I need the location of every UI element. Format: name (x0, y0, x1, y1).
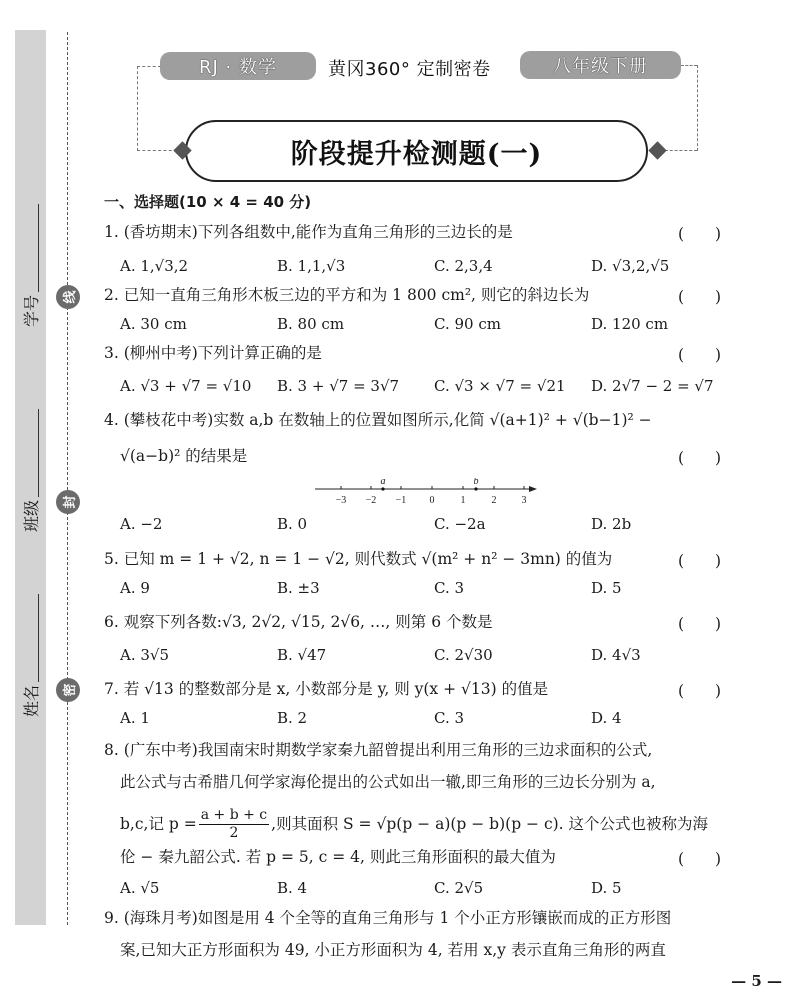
student-id-blank[interactable] (37, 203, 39, 291)
option-a[interactable]: A. −2 (120, 514, 162, 534)
answer-blank-6[interactable]: ( ) (678, 612, 721, 634)
diamond-right-icon (648, 141, 666, 159)
option-d[interactable]: D. 5 (591, 878, 622, 898)
formula-suffix: ,则其面积 S = √p(p − a)(p − b)(p − c). 这个公式也… (271, 814, 708, 834)
question-number: 8. (104, 741, 119, 759)
question-8-line2: 此公式与古希腊几何学家海伦提出的公式如出一辙,即三角形的三边长分别为 a, (120, 772, 730, 792)
question-7: 7. 若 √13 的整数部分是 x, 小数部分是 y, 则 y(x + √13)… (104, 679, 730, 699)
question-text: 观察下列各数:√3, 2√2, √15, 2√6, …, 则第 6 个数是 (124, 613, 493, 631)
option-a[interactable]: A. √3 + √7 = √10 (120, 376, 251, 396)
question-8-line3: b,c,记 p = a + b + c 2 ,则其面积 S = √p(p − a… (120, 806, 730, 842)
class-blank[interactable] (37, 408, 39, 496)
option-d[interactable]: D. 2b (591, 514, 631, 534)
question-9: 9. (海珠月考)如图是用 4 个全等的直角三角形与 1 个小正方形镶嵌而成的正… (104, 908, 730, 928)
option-c[interactable]: C. 3 (434, 578, 464, 598)
question-text: (香坊期末)下列各组数中,能作为直角三角形的三边长的是 (124, 223, 513, 241)
question-number: 4. (104, 411, 119, 429)
option-b[interactable]: B. 0 (277, 514, 307, 534)
svg-text:2: 2 (492, 495, 497, 506)
option-c[interactable]: C. 3 (434, 708, 464, 728)
option-d[interactable]: D. 2√7 − 2 = √7 (591, 376, 714, 396)
svg-text:a: a (381, 478, 386, 487)
option-c[interactable]: C. 2√5 (434, 878, 483, 898)
seal-seal-icon: 封 (56, 490, 80, 514)
question-text: (攀枝花中考)实数 a,b 在数轴上的位置如图所示,化简 √(a+1)² + √… (124, 411, 652, 429)
name-blank[interactable] (37, 593, 39, 681)
question-text: 已知 m = 1 + √2, n = 1 − √2, 则代数式 √(m² + n… (124, 550, 613, 568)
question-number: 1. (104, 223, 119, 241)
question-number: 5. (104, 550, 119, 568)
question-8-line4: 伦 − 秦九韶公式. 若 p = 5, c = 4, 则此三角形面积的最大值为 (120, 847, 730, 867)
svg-text:b: b (474, 478, 479, 487)
option-d[interactable]: D. 4√3 (591, 645, 641, 665)
student-id-field[interactable]: 学号 (15, 195, 46, 335)
option-c[interactable]: C. −2a (434, 514, 486, 534)
section-title: 一、选择题(10 × 4 = 40 分) (104, 191, 311, 212)
brand-title: 黄冈360° 定制密卷 (328, 55, 491, 81)
number-line-figure: −3−2−1 0123 ab (315, 478, 537, 508)
connector-right-top (681, 65, 697, 66)
connector-right-vertical (697, 65, 698, 151)
svg-text:1: 1 (461, 495, 466, 506)
option-d[interactable]: D. √3,2,√5 (591, 256, 669, 276)
option-b[interactable]: B. 2 (277, 708, 307, 728)
question-1: 1. (香坊期末)下列各组数中,能作为直角三角形的三边长的是 (104, 222, 730, 242)
option-a[interactable]: A. 9 (120, 578, 150, 598)
option-b[interactable]: B. 3 + √7 = 3√7 (277, 376, 399, 396)
subject-pill: RJ · 数学 (160, 52, 316, 80)
question-text: (广东中考)我国南宋时期数学家秦九韶曾提出利用三角形的三边求面积的公式, (124, 741, 653, 759)
question-5: 5. 已知 m = 1 + √2, n = 1 − √2, 则代数式 √(m² … (104, 549, 730, 569)
connector-left-bottom (137, 150, 177, 151)
option-b[interactable]: B. 4 (277, 878, 307, 898)
fraction-numerator: a + b + c (199, 807, 269, 825)
option-a[interactable]: A. √5 (120, 878, 159, 898)
question-number: 3. (104, 344, 119, 362)
class-label: 班级 (19, 499, 42, 531)
formula-prefix: b,c,记 p = (120, 814, 197, 834)
answer-blank-4[interactable]: ( ) (678, 446, 721, 468)
seal-cut-line (67, 32, 68, 925)
answer-blank-3[interactable]: ( ) (678, 343, 721, 365)
question-8: 8. (广东中考)我国南宋时期数学家秦九韶曾提出利用三角形的三边求面积的公式, (104, 740, 730, 760)
question-number: 7. (104, 680, 119, 698)
answer-blank-7[interactable]: ( ) (678, 679, 721, 701)
option-a[interactable]: A. 30 cm (120, 314, 187, 334)
seal-secret-icon: 密 (56, 678, 80, 702)
option-b[interactable]: B. 1,1,√3 (277, 256, 345, 276)
question-text: 若 √13 的整数部分是 x, 小数部分是 y, 则 y(x + √13) 的值… (124, 680, 548, 698)
connector-left-vertical (137, 66, 138, 151)
question-text: (柳州中考)下列计算正确的是 (124, 344, 322, 362)
option-d[interactable]: D. 120 cm (591, 314, 668, 334)
question-4-line2: √(a−b)² 的结果是 (120, 446, 730, 466)
answer-blank-8[interactable]: ( ) (678, 847, 721, 869)
seal-line-icon: 线 (56, 285, 80, 309)
question-6: 6. 观察下列各数:√3, 2√2, √15, 2√6, …, 则第 6 个数是 (104, 612, 730, 632)
question-number: 6. (104, 613, 119, 631)
answer-blank-1[interactable]: ( ) (678, 222, 721, 244)
answer-blank-5[interactable]: ( ) (678, 549, 721, 571)
option-b[interactable]: B. ±3 (277, 578, 320, 598)
answer-blank-2[interactable]: ( ) (678, 285, 721, 307)
question-2: 2. 已知一直角三角形木板三边的平方和为 1 800 cm², 则它的斜边长为 (104, 285, 730, 305)
question-number: 2. (104, 286, 119, 304)
svg-text:−2: −2 (366, 495, 377, 506)
question-9-line2: 案,已知大正方形面积为 49, 小正方形面积为 4, 若用 x,y 表示直角三角… (120, 940, 730, 960)
question-4: 4. (攀枝花中考)实数 a,b 在数轴上的位置如图所示,化简 √(a+1)² … (104, 410, 730, 430)
page-title: 阶段提升检测题(一) (291, 132, 543, 171)
question-number: 9. (104, 909, 119, 927)
svg-text:−1: −1 (396, 495, 407, 506)
question-3: 3. (柳州中考)下列计算正确的是 (104, 343, 730, 363)
svg-text:3: 3 (522, 495, 527, 506)
question-text: 已知一直角三角形木板三边的平方和为 1 800 cm², 则它的斜边长为 (124, 286, 590, 304)
grade-pill: 八年级下册 (520, 51, 681, 79)
student-id-label: 学号 (19, 294, 42, 326)
title-banner: 阶段提升检测题(一) (185, 120, 648, 182)
fraction-denominator: 2 (229, 825, 238, 842)
option-c[interactable]: C. 2,3,4 (434, 256, 493, 276)
option-c[interactable]: C. 90 cm (434, 314, 501, 334)
name-label: 姓名 (19, 684, 42, 716)
option-c[interactable]: C. √3 × √7 = √21 (434, 376, 566, 396)
option-b[interactable]: B. √47 (277, 645, 326, 665)
svg-text:−3: −3 (336, 495, 347, 506)
option-a[interactable]: A. 1,√3,2 (120, 256, 188, 276)
option-d[interactable]: D. 5 (591, 578, 622, 598)
svg-text:0: 0 (430, 495, 435, 506)
question-text: (海珠月考)如图是用 4 个全等的直角三角形与 1 个小正方形镶嵌而成的正方形图 (124, 909, 672, 927)
connector-left-top (137, 66, 161, 67)
option-d[interactable]: D. 4 (591, 708, 622, 728)
option-c[interactable]: C. 2√30 (434, 645, 493, 665)
page-number: — 5 — (731, 972, 782, 990)
option-a[interactable]: A. 3√5 (120, 645, 169, 665)
fraction: a + b + c 2 (199, 807, 269, 842)
class-field[interactable]: 班级 (15, 400, 46, 540)
option-a[interactable]: A. 1 (120, 708, 150, 728)
name-field[interactable]: 姓名 (15, 585, 46, 725)
option-b[interactable]: B. 80 cm (277, 314, 344, 334)
